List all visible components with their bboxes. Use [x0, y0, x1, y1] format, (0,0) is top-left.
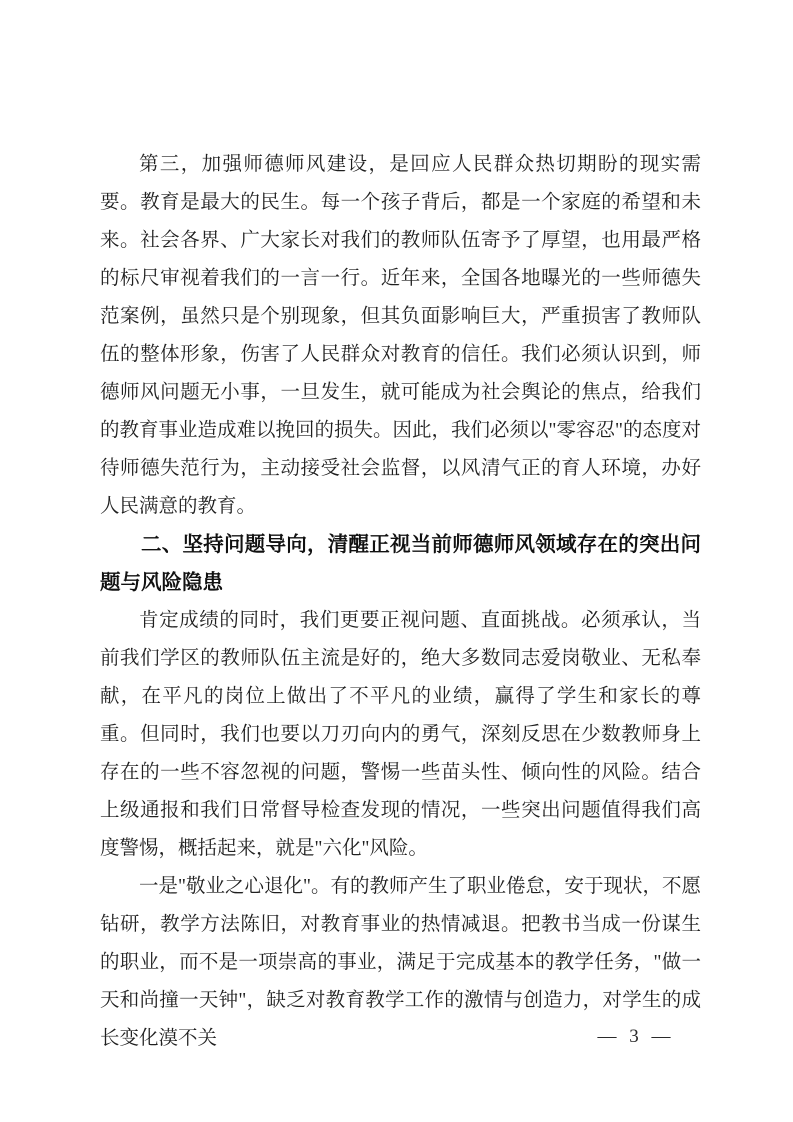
paragraph-third-point: 第三，加强师德师风建设，是回应人民群众热切期盼的现实需要。教育是最大的民生。每一…	[100, 146, 701, 526]
document-body: 第三，加强师德师风建设，是回应人民群众热切期盼的现实需要。教育是最大的民生。每一…	[100, 146, 701, 1058]
paragraph-affirm-and-face-problems: 肯定成绩的同时，我们更要正视问题、直面挑战。必须承认，当前我们学区的教师队伍主流…	[100, 602, 701, 868]
section-heading-problem-orientation: 二、坚持问题导向，清醒正视当前师德师风领域存在的突出问题与风险隐患	[100, 526, 701, 602]
page-footer: — 3 —	[588, 1026, 684, 1048]
page-number: — 3 —	[598, 1026, 675, 1047]
document-page: 第三，加强师德师风建设，是回应人民群众热切期盼的现实需要。教育是最大的民生。每一…	[0, 0, 793, 1122]
